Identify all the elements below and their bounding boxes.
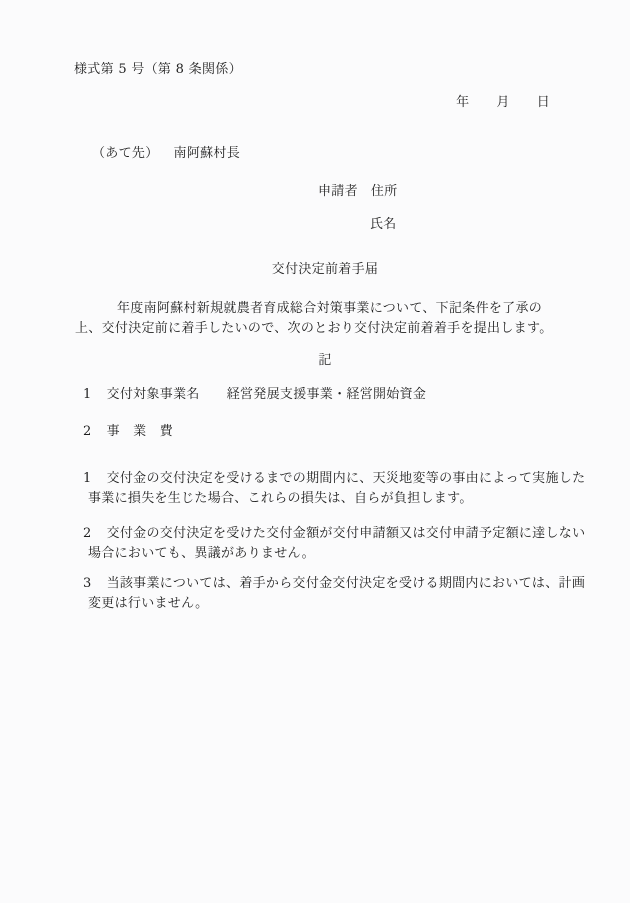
condition-text: 交付金の交付決定を受けるまでの期間内に、天災地変等の事由によって実施した事業に損…: [88, 471, 585, 506]
applicant-name-line: 氏名: [370, 215, 397, 235]
document-title: 交付決定前着手届: [75, 260, 575, 280]
recipient-name: 南阿蘇村長: [174, 146, 241, 161]
condition-text: 当該事業については、着手から交付金交付決定を受ける期間内においては、計画変更は行…: [88, 576, 585, 611]
condition-paragraph: 2交付金の交付決定を受けた交付金額が交付申請額又は交付申請予定額に達しない場合に…: [75, 524, 593, 564]
recipient-label: （あて先）: [92, 146, 159, 161]
date-year-label: 年: [456, 95, 469, 110]
date-month-label: 月: [496, 95, 509, 110]
form-number: 様式第 5 号（第 8 条関係）: [74, 60, 242, 80]
intro-paragraph: 年度南阿蘇村新規就農者育成総合対策事業について、下記条件を了承の上、交付決定前に…: [75, 299, 567, 339]
condition-number: 3: [83, 576, 107, 591]
applicant-label: 申請者: [318, 184, 358, 199]
item-label: 事 業 費: [107, 424, 174, 439]
section-marker: 記: [75, 351, 575, 371]
item-number: 1: [83, 387, 92, 402]
item-row: 1交付対象事業名経営発展支援事業・経営開始資金: [75, 385, 426, 405]
date-line: 年月日: [456, 93, 550, 113]
date-day-label: 日: [537, 95, 550, 110]
item-label: 交付対象事業名: [107, 387, 200, 402]
recipient-line: （あて先）南阿蘇村長: [92, 144, 240, 164]
item-row: 2事 業 費: [75, 422, 200, 442]
item-number: 2: [83, 424, 92, 439]
item-value: 経営発展支援事業・経営開始資金: [227, 387, 427, 402]
document-page: 様式第 5 号（第 8 条関係） 年月日 （あて先）南阿蘇村長 申請者住所 氏名…: [0, 0, 630, 903]
condition-number: 2: [83, 526, 107, 541]
condition-paragraph: 3当該事業については、着手から交付金交付決定を受ける期間内においては、計画変更は…: [75, 574, 593, 614]
applicant-line: 申請者住所: [318, 182, 398, 202]
condition-paragraph: 1交付金の交付決定を受けるまでの期間内に、天災地変等の事由によって実施した事業に…: [75, 469, 593, 509]
applicant-name-label: 氏名: [370, 217, 397, 232]
condition-number: 1: [83, 471, 107, 486]
applicant-address-label: 住所: [371, 184, 398, 199]
condition-text: 交付金の交付決定を受けた交付金額が交付申請額又は交付申請予定額に達しない場合にお…: [88, 526, 585, 561]
